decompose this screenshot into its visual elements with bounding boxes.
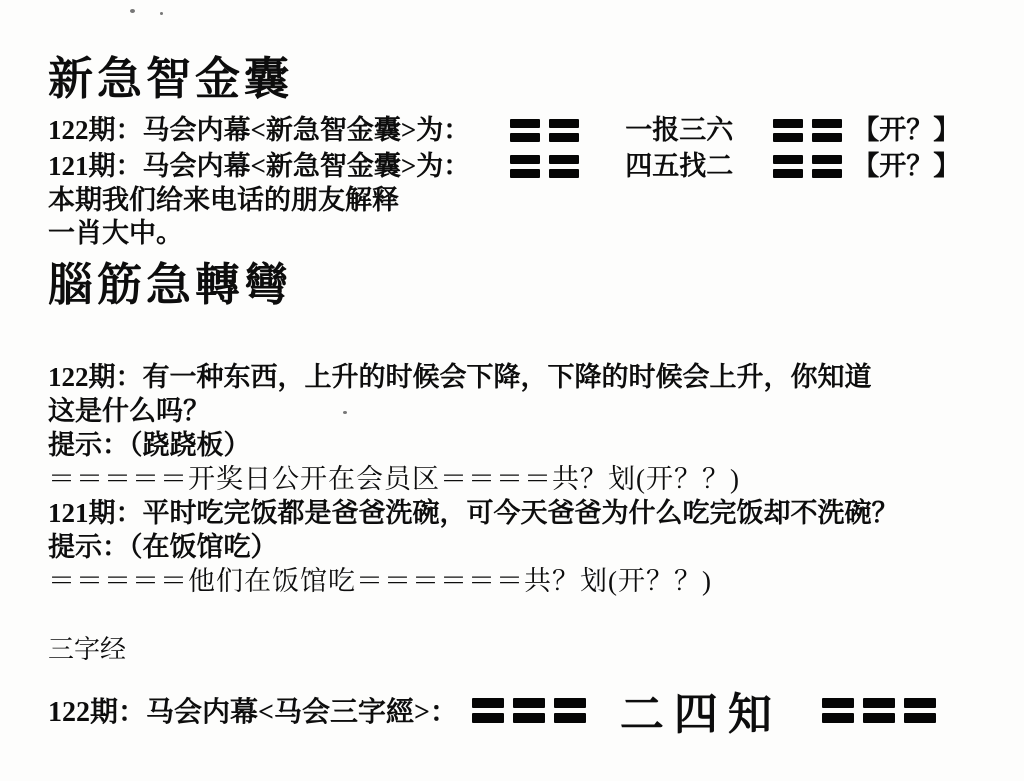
riddle-121-answer: ＝＝＝＝＝他们在饭馆吃＝＝＝＝＝＝共？划(开？？): [48, 564, 994, 598]
section3-answer: 二四知: [620, 678, 782, 742]
issue-122-row: 122期：马会内幕<新急智金囊>为： 一报三六 【开？】: [48, 112, 994, 148]
riddle-122-line1: 122期：有一种东西，上升的时候会下降，下降的时候会上升，你知道: [48, 360, 994, 394]
section3-row: 122期：马会内幕<马会三字經>： 二四知: [48, 678, 994, 742]
issue-122-prefix: 122期：马会内幕<新急智金囊>为：: [48, 112, 470, 148]
broken-bars-icon: [773, 119, 842, 142]
broken-bars-icon: [472, 698, 586, 723]
broken-bars-icon: [822, 698, 936, 723]
riddle-122-hint: 提示：（跷跷板）: [48, 428, 994, 462]
section1-title: 新急智金囊: [48, 54, 994, 104]
issue-121-prefix: 121期：马会内幕<新急智金囊>为：: [48, 148, 470, 184]
issue-122-result: 【开？】: [852, 112, 960, 148]
section3-title: 三字经: [48, 634, 994, 666]
riddle-122-line2: 这是什么吗？: [48, 394, 994, 428]
section1-note-line2: 一肖大中。: [48, 217, 994, 250]
riddle-121-hint: 提示：（在饭馆吃）: [48, 530, 994, 564]
scan-noise-dot: [160, 12, 163, 15]
scan-noise-dot: [130, 9, 135, 13]
scan-noise-dot: [343, 411, 347, 414]
section2-body: 122期：有一种东西，上升的时候会下降，下降的时候会上升，你知道 这是什么吗？ …: [48, 360, 994, 598]
broken-bars-icon: [510, 119, 579, 142]
issue-121-code: 四五找二: [625, 148, 733, 184]
document-content: 新急智金囊 122期：马会内幕<新急智金囊>为： 一报三六 【开？】 121期：…: [0, 0, 1024, 742]
riddle-122-answer: ＝＝＝＝＝开奖日公开在会员区＝＝＝＝共？划(开？？): [48, 462, 994, 496]
section2-title: 腦筋急轉彎: [48, 260, 994, 310]
broken-bars-icon: [773, 155, 842, 178]
section1-note-line1: 本期我们给来电话的朋友解释: [48, 184, 994, 217]
issue-122-code: 一报三六: [625, 112, 733, 148]
riddle-121-question: 121期：平时吃完饭都是爸爸洗碗，可今天爸爸为什么吃完饭却不洗碗？: [48, 496, 994, 530]
issue-121-row: 121期：马会内幕<新急智金囊>为： 四五找二 【开？】: [48, 148, 994, 184]
issue-121-result: 【开？】: [852, 148, 960, 184]
broken-bars-icon: [510, 155, 579, 178]
scanned-tip-sheet: 新急智金囊 122期：马会内幕<新急智金囊>为： 一报三六 【开？】 121期：…: [0, 0, 1024, 781]
section3-prefix: 122期：马会内幕<马会三字經>：: [48, 690, 458, 730]
section1-rows: 122期：马会内幕<新急智金囊>为： 一报三六 【开？】 121期：马会内幕<新…: [48, 112, 994, 184]
